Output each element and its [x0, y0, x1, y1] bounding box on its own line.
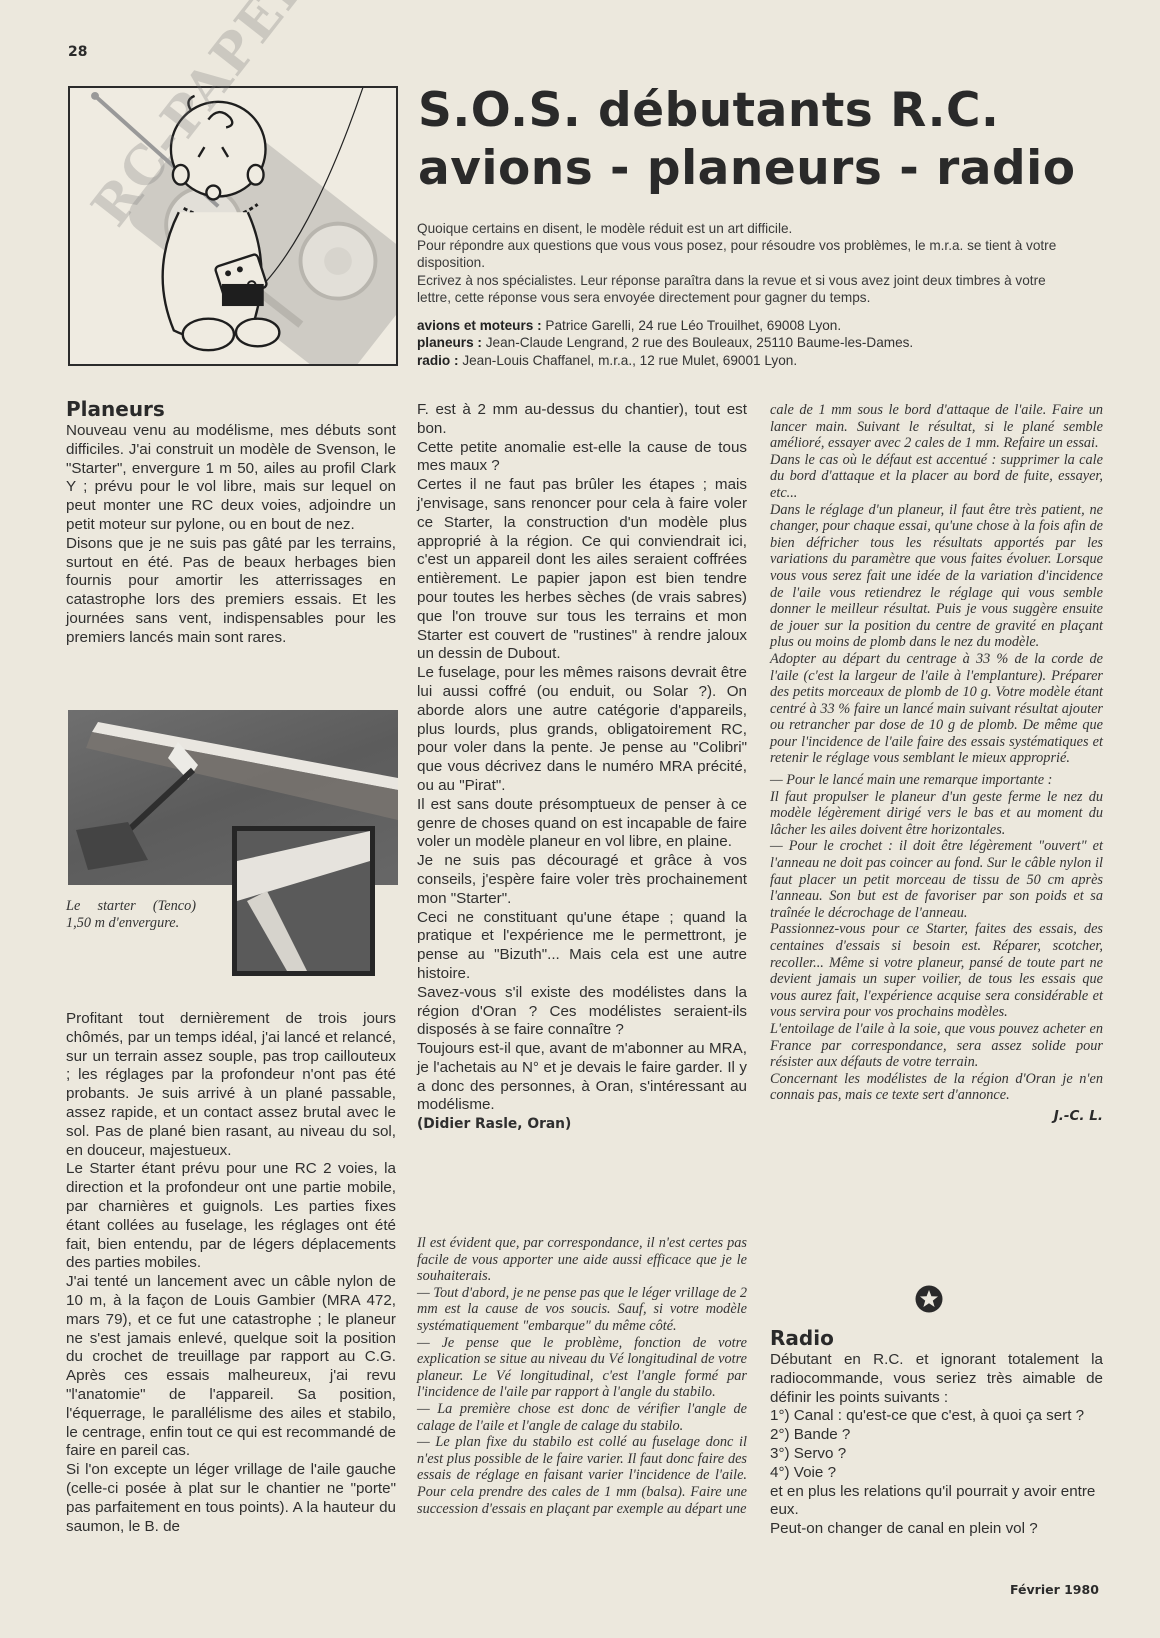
reply-paragraph: Il est évident que, par correspondance, … — [417, 1235, 747, 1285]
baby-with-transmitter-icon — [70, 88, 396, 364]
letter-paragraph: Je ne suis pas découragé et grâce à vos … — [417, 852, 747, 908]
reply-paragraph: Dans le réglage d'un planeur, il faut êt… — [770, 502, 1103, 651]
radio-paragraph: 2°) Bande ? — [770, 1426, 1103, 1445]
letter-paragraph: Toujours est-il que, avant de m'abonner … — [417, 1040, 747, 1115]
photo-caption: Le starter (Tenco) 1,50 m d'envergure. — [66, 898, 196, 932]
glider-closeup-photo — [232, 826, 375, 976]
radio-paragraph: 4°) Voie ? — [770, 1464, 1103, 1483]
contact-radio: radio : Jean-Louis Chaffanel, m.r.a., 12… — [417, 352, 1067, 369]
reply-paragraph: — Je pense que le problème, fonction de … — [417, 1335, 747, 1401]
contact-label: planeurs : — [417, 335, 482, 350]
reply-column-2: Il est évident que, par correspondance, … — [417, 1235, 747, 1517]
radio-section: Radio Débutant en R.C. et ignorant total… — [770, 1325, 1103, 1539]
letter-paragraph: Le Starter étant prévu pour une RC 2 voi… — [66, 1160, 396, 1273]
contact-value: Patrice Garelli, 24 rue Léo Trouilhet, 6… — [545, 318, 841, 333]
reply-paragraph: Il faut propulser le planeur d'un geste … — [770, 789, 1103, 839]
contact-value: Jean-Claude Lengrand, 2 rue des Bouleaux… — [486, 335, 913, 350]
contact-planeurs: planeurs : Jean-Claude Lengrand, 2 rue d… — [417, 334, 1067, 351]
reply-paragraph: cale de 1 mm sous le bord d'attaque de l… — [770, 402, 1103, 452]
intro-paragraph: Pour répondre aux questions que vous vou… — [417, 237, 1067, 271]
page-number: 28 — [68, 44, 87, 60]
intro-paragraph: Quoique certains en disent, le modèle ré… — [417, 220, 1067, 237]
radio-paragraph: 3°) Servo ? — [770, 1445, 1103, 1464]
letter-paragraph: Profitant tout dernièrement de trois jou… — [66, 1010, 396, 1160]
reply-paragraph: L'entoilage de l'aile à la soie, que vou… — [770, 1021, 1103, 1071]
reply-paragraph: — Tout d'abord, je ne pense pas que le l… — [417, 1285, 747, 1335]
intro-text: Quoique certains en disent, le modèle ré… — [417, 220, 1067, 306]
star-in-circle-icon — [915, 1285, 943, 1313]
planeurs-column-1-bottom: Profitant tout dernièrement de trois jou… — [66, 1010, 396, 1536]
intro-paragraph: Ecrivez à nos spécialistes. Leur réponse… — [417, 272, 1067, 306]
letter-paragraph: Si l'on excepte un léger vrillage de l'a… — [66, 1461, 396, 1536]
contacts-list: avions et moteurs : Patrice Garelli, 24 … — [417, 317, 1067, 369]
radio-paragraph: et en plus les relations qu'il pourrait … — [770, 1483, 1103, 1521]
section-heading-planeurs: Planeurs — [66, 396, 396, 422]
title-line-2: avions - planeurs - radio — [418, 140, 1108, 198]
letter-paragraph: Certes il ne faut pas brûler les étapes … — [417, 476, 747, 664]
radio-paragraph: Peut-on changer de canal en plein vol ? — [770, 1520, 1103, 1539]
letter-paragraph: Nouveau venu au modélisme, mes débuts so… — [66, 422, 396, 535]
reply-paragraph: — Le plan fixe du stabilo est collé au f… — [417, 1434, 747, 1517]
reply-paragraph: Concernant les modélistes de la région d… — [770, 1071, 1103, 1104]
contact-avions: avions et moteurs : Patrice Garelli, 24 … — [417, 317, 1067, 334]
letter-paragraph: F. est à 2 mm au-dessus du chantier), to… — [417, 401, 747, 439]
letter-paragraph: Le fuselage, pour les mêmes raisons devr… — [417, 664, 747, 796]
footer-date: Février 1980 — [1010, 1582, 1099, 1597]
letter-paragraph: Cette petite anomalie est-elle la cause … — [417, 439, 747, 477]
contact-label: radio : — [417, 353, 459, 368]
reply-signature: J.-C. L. — [770, 1108, 1103, 1125]
reply-paragraph: Passionnez-vous pour ce Starter, faites … — [770, 921, 1103, 1021]
contact-label: avions et moteurs : — [417, 318, 542, 333]
letter-signature: (Didier Rasle, Oran) — [417, 1115, 747, 1134]
glider-closeup-image — [237, 831, 370, 971]
reply-paragraph: — Pour le lancé main une remarque import… — [770, 772, 1103, 789]
radio-paragraph: 1°) Canal : qu'est-ce que c'est, à quoi … — [770, 1407, 1103, 1426]
radio-paragraph: Débutant en R.C. et ignorant totalement … — [770, 1351, 1103, 1407]
baby-rc-illustration — [68, 86, 398, 366]
contact-value: Jean-Louis Chaffanel, m.r.a., 12 rue Mul… — [462, 353, 797, 368]
reply-column-3: cale de 1 mm sous le bord d'attaque de l… — [770, 402, 1103, 1125]
reply-paragraph: Dans le cas où le défaut est accentué : … — [770, 452, 1103, 502]
letter-paragraph: Il est sans doute présomptueux de penser… — [417, 796, 747, 852]
reply-paragraph: — La première chose est donc de vérifier… — [417, 1401, 747, 1434]
planeurs-column-1-top: Planeurs Nouveau venu au modélisme, mes … — [66, 396, 396, 648]
reply-paragraph: — Pour le crochet : il doit être légèrem… — [770, 838, 1103, 921]
letter-paragraph: J'ai tenté un lancement avec un câble ny… — [66, 1273, 396, 1461]
letter-paragraph: Ceci ne constituant qu'une étape ; quand… — [417, 909, 747, 984]
title-line-1: S.O.S. débutants R.C. — [418, 82, 1108, 140]
section-heading-radio: Radio — [770, 1325, 1103, 1351]
letter-paragraph: Savez-vous s'il existe des modélistes da… — [417, 984, 747, 1040]
letter-paragraph: Disons que je ne suis pas gâté par les t… — [66, 535, 396, 648]
planeurs-column-2: F. est à 2 mm au-dessus du chantier), to… — [417, 401, 747, 1134]
reply-paragraph: Adopter au départ du centrage à 33 % de … — [770, 651, 1103, 767]
article-title: S.O.S. débutants R.C. avions - planeurs … — [418, 82, 1108, 198]
